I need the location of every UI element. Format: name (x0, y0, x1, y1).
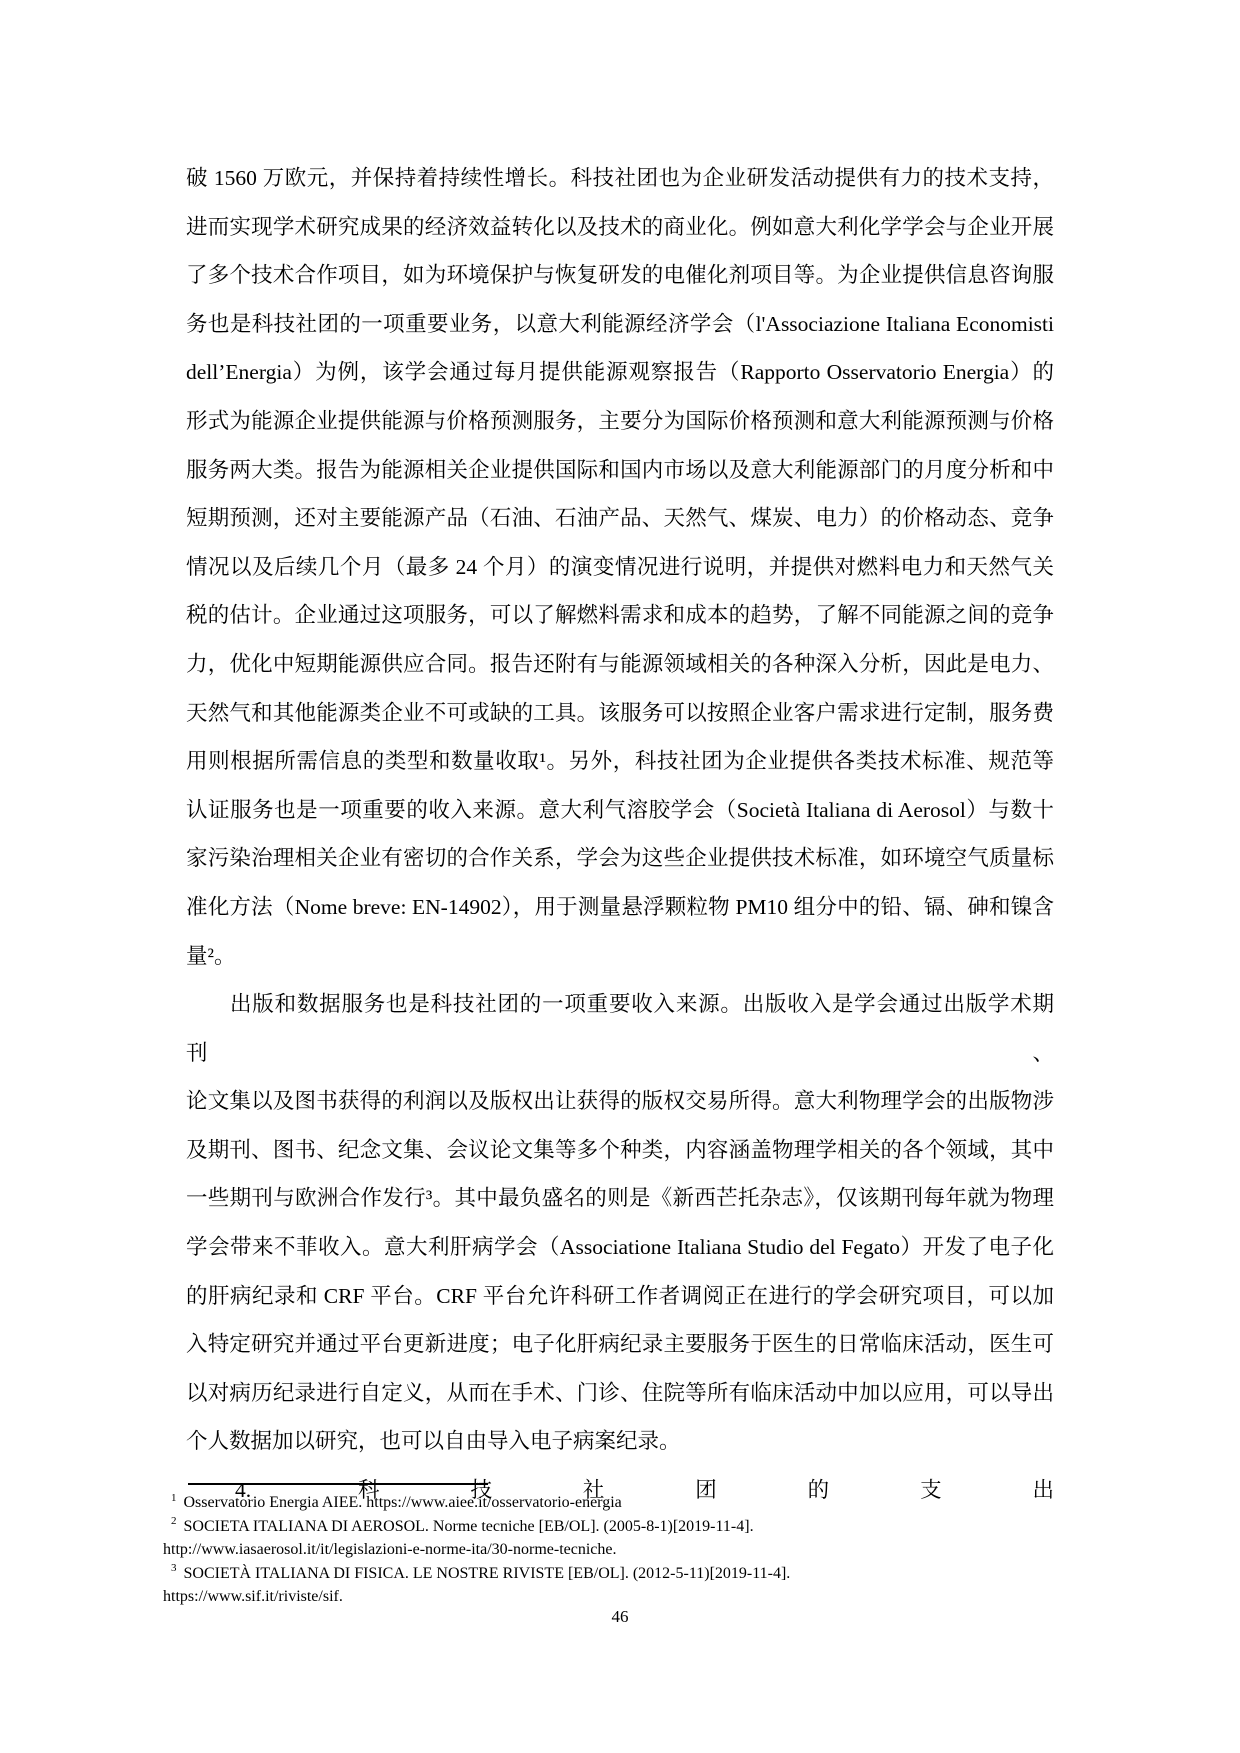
paragraph-line: 及期刊、图书、纪念文集、会议论文集等多个种类，内容涵盖物理学相关的各个领域，其中 (186, 1126, 1054, 1175)
footnote: 2SOCIETA ITALIANA DI AEROSOL. Norme tecn… (163, 1515, 1083, 1539)
paragraph-line: 进而实现学术研究成果的经济效益转化以及技术的商业化。例如意大利化学学会与企业开展 (186, 203, 1054, 252)
footnote-text: SOCIETA ITALIANA DI AEROSOL. Norme tecni… (184, 1518, 754, 1535)
footnote-marker: 1 (171, 1492, 177, 1504)
paragraph-line: 用则根据所需信息的类型和数量收取¹。另外，科技社团为企业提供各类技术标准、规范等 (186, 737, 1054, 786)
paragraph-line: 出版和数据服务也是科技社团的一项重要收入来源。出版收入是学会通过出版学术期刊、 (186, 980, 1054, 1077)
paragraph-line: 务也是科技社团的一项重要业务，以意大利能源经济学会（l'Associazione… (186, 300, 1054, 349)
paragraph-line: 一些期刊与欧洲合作发行³。其中最负盛名的则是《新西芒托杂志》，仅该期刊每年就为物… (186, 1174, 1054, 1223)
paragraph-line: 天然气和其他能源类企业不可或缺的工具。该服务可以按照企业客户需求进行定制，服务费 (186, 689, 1054, 738)
paragraph-line: 学会带来不菲收入。意大利肝病学会（Associatione Italiana S… (186, 1223, 1054, 1272)
paragraph-line: 短期预测，还对主要能源产品（石油、石油产品、天然气、煤炭、电力）的价格动态、竞争 (186, 494, 1054, 543)
paragraph-line: dell’Energia）为例，该学会通过每月提供能源观察报告（Rapporto… (186, 348, 1054, 397)
paragraph-line: 认证服务也是一项重要的收入来源。意大利气溶胶学会（Società Italian… (186, 786, 1054, 835)
footnote-text: Osservatorio Energia AIEE. https://www.a… (184, 1494, 622, 1511)
footnote: 3SOCIETÀ ITALIANA DI FISICA. LE NOSTRE R… (163, 1562, 1083, 1586)
footnote-line: http://www.iasaerosol.it/it/legislazioni… (163, 1538, 1083, 1562)
footnote-text: SOCIETÀ ITALIANA DI FISICA. LE NOSTRE RI… (184, 1565, 791, 1582)
paragraph-line: 家污染治理相关企业有密切的合作关系，学会为这些企业提供技术标准，如环境空气质量标 (186, 834, 1054, 883)
document-page: 破 1560 万欧元，并保持着持续性增长。科技社团也为企业研发活动提供有力的技术… (0, 0, 1240, 1753)
paragraph-line: 论文集以及图书获得的利润以及版权出让获得的版权交易所得。意大利物理学会的出版物涉 (186, 1077, 1054, 1126)
paragraphs: 破 1560 万欧元，并保持着持续性增长。科技社团也为企业研发活动提供有力的技术… (186, 154, 1054, 1466)
paragraph-line: 形式为能源企业提供能源与价格预测服务，主要分为国际价格预测和意大利能源预测与价格 (186, 397, 1054, 446)
paragraph-line: 税的估计。企业通过这项服务，可以了解燃料需求和成本的趋势，了解不同能源之间的竞争 (186, 591, 1054, 640)
footnote-marker: 3 (171, 1562, 177, 1574)
footnotes: 1Osservatorio Energia AIEE. https://www.… (163, 1491, 1083, 1609)
page-number: 46 (0, 1604, 1240, 1630)
paragraph-line: 入特定研究并通过平台更新进度；电子化肝病纪录主要服务于医生的日常临床活动，医生可 (186, 1320, 1054, 1369)
paragraph-line: 个人数据加以研究，也可以自由导入电子病案纪录。 (186, 1417, 1054, 1466)
footnote: 1Osservatorio Energia AIEE. https://www.… (163, 1491, 1083, 1515)
paragraph-line: 情况以及后续几个月（最多 24 个月）的演变情况进行说明，并提供对燃料电力和天然… (186, 543, 1054, 592)
paragraph-line: 量²。 (186, 932, 1054, 981)
footnote-separator (188, 1483, 488, 1485)
paragraph-line: 破 1560 万欧元，并保持着持续性增长。科技社团也为企业研发活动提供有力的技术… (186, 154, 1054, 203)
paragraph-line: 服务两大类。报告为能源相关企业提供国际和国内市场以及意大利能源部门的月度分析和中 (186, 446, 1054, 495)
footnote-marker: 2 (171, 1515, 177, 1527)
body-text: 破 1560 万欧元，并保持着持续性增长。科技社团也为企业研发活动提供有力的技术… (186, 154, 1054, 1515)
paragraph-line: 力，优化中短期能源供应合同。报告还附有与能源领域相关的各种深入分析，因此是电力、 (186, 640, 1054, 689)
paragraph-line: 以对病历纪录进行自定义，从而在手术、门诊、住院等所有临床活动中加以应用，可以导出 (186, 1369, 1054, 1418)
paragraph-line: 准化方法（Nome breve: EN-14902），用于测量悬浮颗粒物 PM1… (186, 883, 1054, 932)
paragraph-line: 了多个技术合作项目，如为环境保护与恢复研发的电催化剂项目等。为企业提供信息咨询服 (186, 251, 1054, 300)
paragraph-line: 的肝病纪录和 CRF 平台。CRF 平台允许科研工作者调阅正在进行的学会研究项目… (186, 1272, 1054, 1321)
